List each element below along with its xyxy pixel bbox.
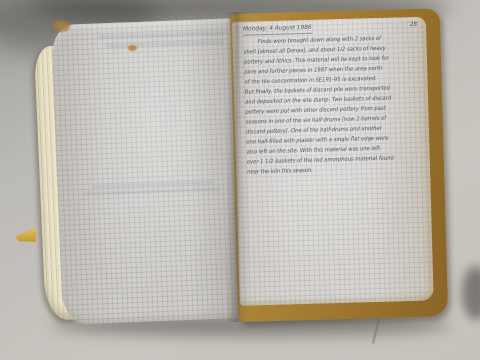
left-page-blank-grid <box>51 18 244 325</box>
torn-corner <box>52 20 70 32</box>
shadow-right-edge <box>462 266 480 320</box>
spine-gutter-shadow <box>226 12 250 322</box>
entry-date: Monday, 4 August 1986 <box>243 24 312 35</box>
right-page-unit: Monday, 4 August 1986 28 Finds were brou… <box>230 8 449 322</box>
page-number: 28 <box>410 21 418 29</box>
bookmark-tab <box>15 228 36 242</box>
stain-mark <box>128 45 137 51</box>
right-page-written: Monday, 4 August 1986 28 Finds were brou… <box>232 17 434 306</box>
handwritten-text-block: Finds were brought down along with 2 sac… <box>243 33 427 178</box>
notebook-photo: Monday, 4 August 1986 28 Finds were brou… <box>0 0 480 360</box>
